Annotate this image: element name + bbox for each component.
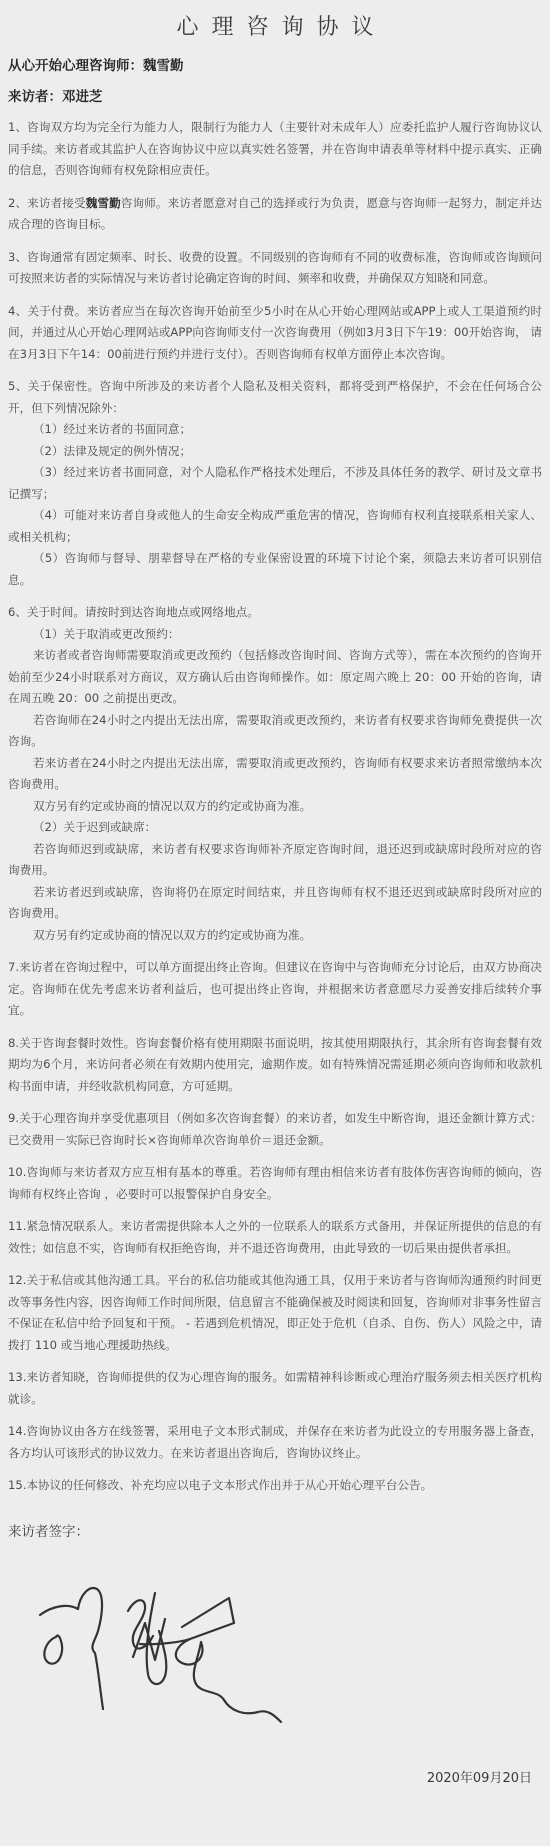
- clause-sub-line: 双方另有约定或协商的情况以双方的约定或协商为准。: [8, 925, 542, 947]
- clause-sub-line: （1）经过来访者的书面同意；: [8, 419, 542, 441]
- clause-sub-line: （2）关于迟到或缺席：: [8, 817, 542, 839]
- clause-sub-line: （3）经过来访者书面同意，对个人隐私作严格技术处理后，不涉及具体任务的教学、研讨…: [8, 462, 542, 505]
- clause-paragraph: 9.关于心理咨询并享受优惠项目（例如多次咨询套餐）的来访者，如发生中断咨询，退还…: [8, 1108, 542, 1151]
- clause-paragraph: 8.关于咨询套餐时效性。咨询套餐价格有使用期限书面说明，按其使用期限执行，其余所…: [8, 1033, 542, 1098]
- clause-paragraph: 11.紧急情况联系人。来访者需提供除本人之外的一位联系人的联系方式备用，并保证所…: [8, 1216, 542, 1259]
- clause-sub-line: 双方另有约定或协商的情况以双方的约定或协商为准。: [8, 796, 542, 818]
- clause-sub-line: 若咨询师迟到或缺席，来访者有权要求咨询师补齐原定咨询时间，退还迟到或缺席时段所对…: [8, 839, 542, 882]
- clause-paragraph: 3、咨询通常有固定频率、时长、收费的设置。不同级别的咨询师有不同的收费标准，咨询…: [8, 247, 542, 290]
- page-title: 心理咨询协议: [8, 10, 542, 41]
- clause-paragraph: 13.来访者知晓，咨询师提供的仅为心理咨询的服务。如需精神科诊断或心理治疗服务须…: [8, 1367, 542, 1410]
- clause-paragraph: 15.本协议的任何修改、补充均应以电子文本形式作出并于从心开始心理平台公告。: [8, 1475, 542, 1497]
- agreement-body: 1、咨询双方均为完全行为能力人，限制行为能力人（主要针对未成年人）应委托监护人履…: [8, 117, 542, 1497]
- client-signature: [32, 1581, 292, 1733]
- clause-paragraph: 1、咨询双方均为完全行为能力人，限制行为能力人（主要针对未成年人）应委托监护人履…: [8, 117, 542, 182]
- counselor-label: 从心开始心理咨询师：: [8, 58, 143, 74]
- clause-sub-line: （1）关于取消或更改预约：: [8, 624, 542, 646]
- clause-paragraph: 12.关于私信或其他沟通工具。平台的私信功能或其他沟通工具，仅用于来访者与咨询师…: [8, 1270, 542, 1356]
- client-name: 邓进芝: [62, 89, 103, 105]
- clause-paragraph: 7.来访者在咨询过程中，可以单方面提出终止咨询。但建议在咨询中与咨询师充分讨论后…: [8, 957, 542, 1022]
- clause-paragraph: 4、关于付费。来访者应当在每次咨询开始前至少5小时在从心开始心理网站或APP上或…: [8, 301, 542, 366]
- client-label: 来访者：: [8, 89, 62, 105]
- client-line: 来访者：邓进芝: [8, 88, 542, 106]
- signature-drawing-icon: [32, 1581, 292, 1733]
- clause-paragraph: 5、关于保密性。咨询中所涉及的来访者个人隐私及相关资料，都将受到严格保护，不会在…: [8, 376, 542, 419]
- clause-sub-line: 来访者或者咨询师需要取消或更改预约（包括修改咨询时间、咨询方式等），需在本次预约…: [8, 645, 542, 710]
- counselor-line: 从心开始心理咨询师：魏雪勤: [8, 57, 542, 75]
- clause-paragraph: 2、来访者接受魏雪勤咨询师。来访者愿意对自己的选择或行为负责，愿意与咨询师一起努…: [8, 193, 542, 236]
- signature-date: 2020年09月20日: [8, 1767, 542, 1786]
- clause-sub-line: 若来访者迟到或缺席，咨询将仍在原定时间结束，并且咨询师有权不退还迟到或缺席时段所…: [8, 882, 542, 925]
- clause-sub-line: 若咨询师在24小时之内提出无法出席，需要取消或更改预约，来访者有权要求咨询师免费…: [8, 710, 542, 753]
- agreement-document: 心理咨询协议 从心开始心理咨询师：魏雪勤 来访者：邓进芝 1、咨询双方均为完全行…: [0, 0, 550, 1846]
- clause-paragraph: 14.咨询协议由各方在线签署，采用电子文本形式制成，并保存在来访者为此设立的专用…: [8, 1421, 542, 1464]
- clause-sub-line: 若来访者在24小时之内提出无法出席，需要取消或更改预约，咨询师有权要求来访者照常…: [8, 753, 542, 796]
- clause-sub-line: （2）法律及规定的例外情况；: [8, 441, 542, 463]
- clause-sub-line: （4）可能对来访者自身或他人的生命安全构成严重危害的情况，咨询师有权利直接联系相…: [8, 505, 542, 548]
- clause-paragraph: 6、关于时间。请按时到达咨询地点或网络地点。: [8, 602, 542, 624]
- clause-paragraph: 10.咨询师与来访者双方应互相有基本的尊重。若咨询师有理由相信来访者有肢体伤害咨…: [8, 1162, 542, 1205]
- clause-sub-line: （5）咨询师与督导、朋辈督导在严格的专业保密设置的环境下讨论个案，须隐去来访者可…: [8, 548, 542, 591]
- signature-label: 来访者签字：: [8, 1523, 542, 1541]
- counselor-name: 魏雪勤: [143, 58, 184, 74]
